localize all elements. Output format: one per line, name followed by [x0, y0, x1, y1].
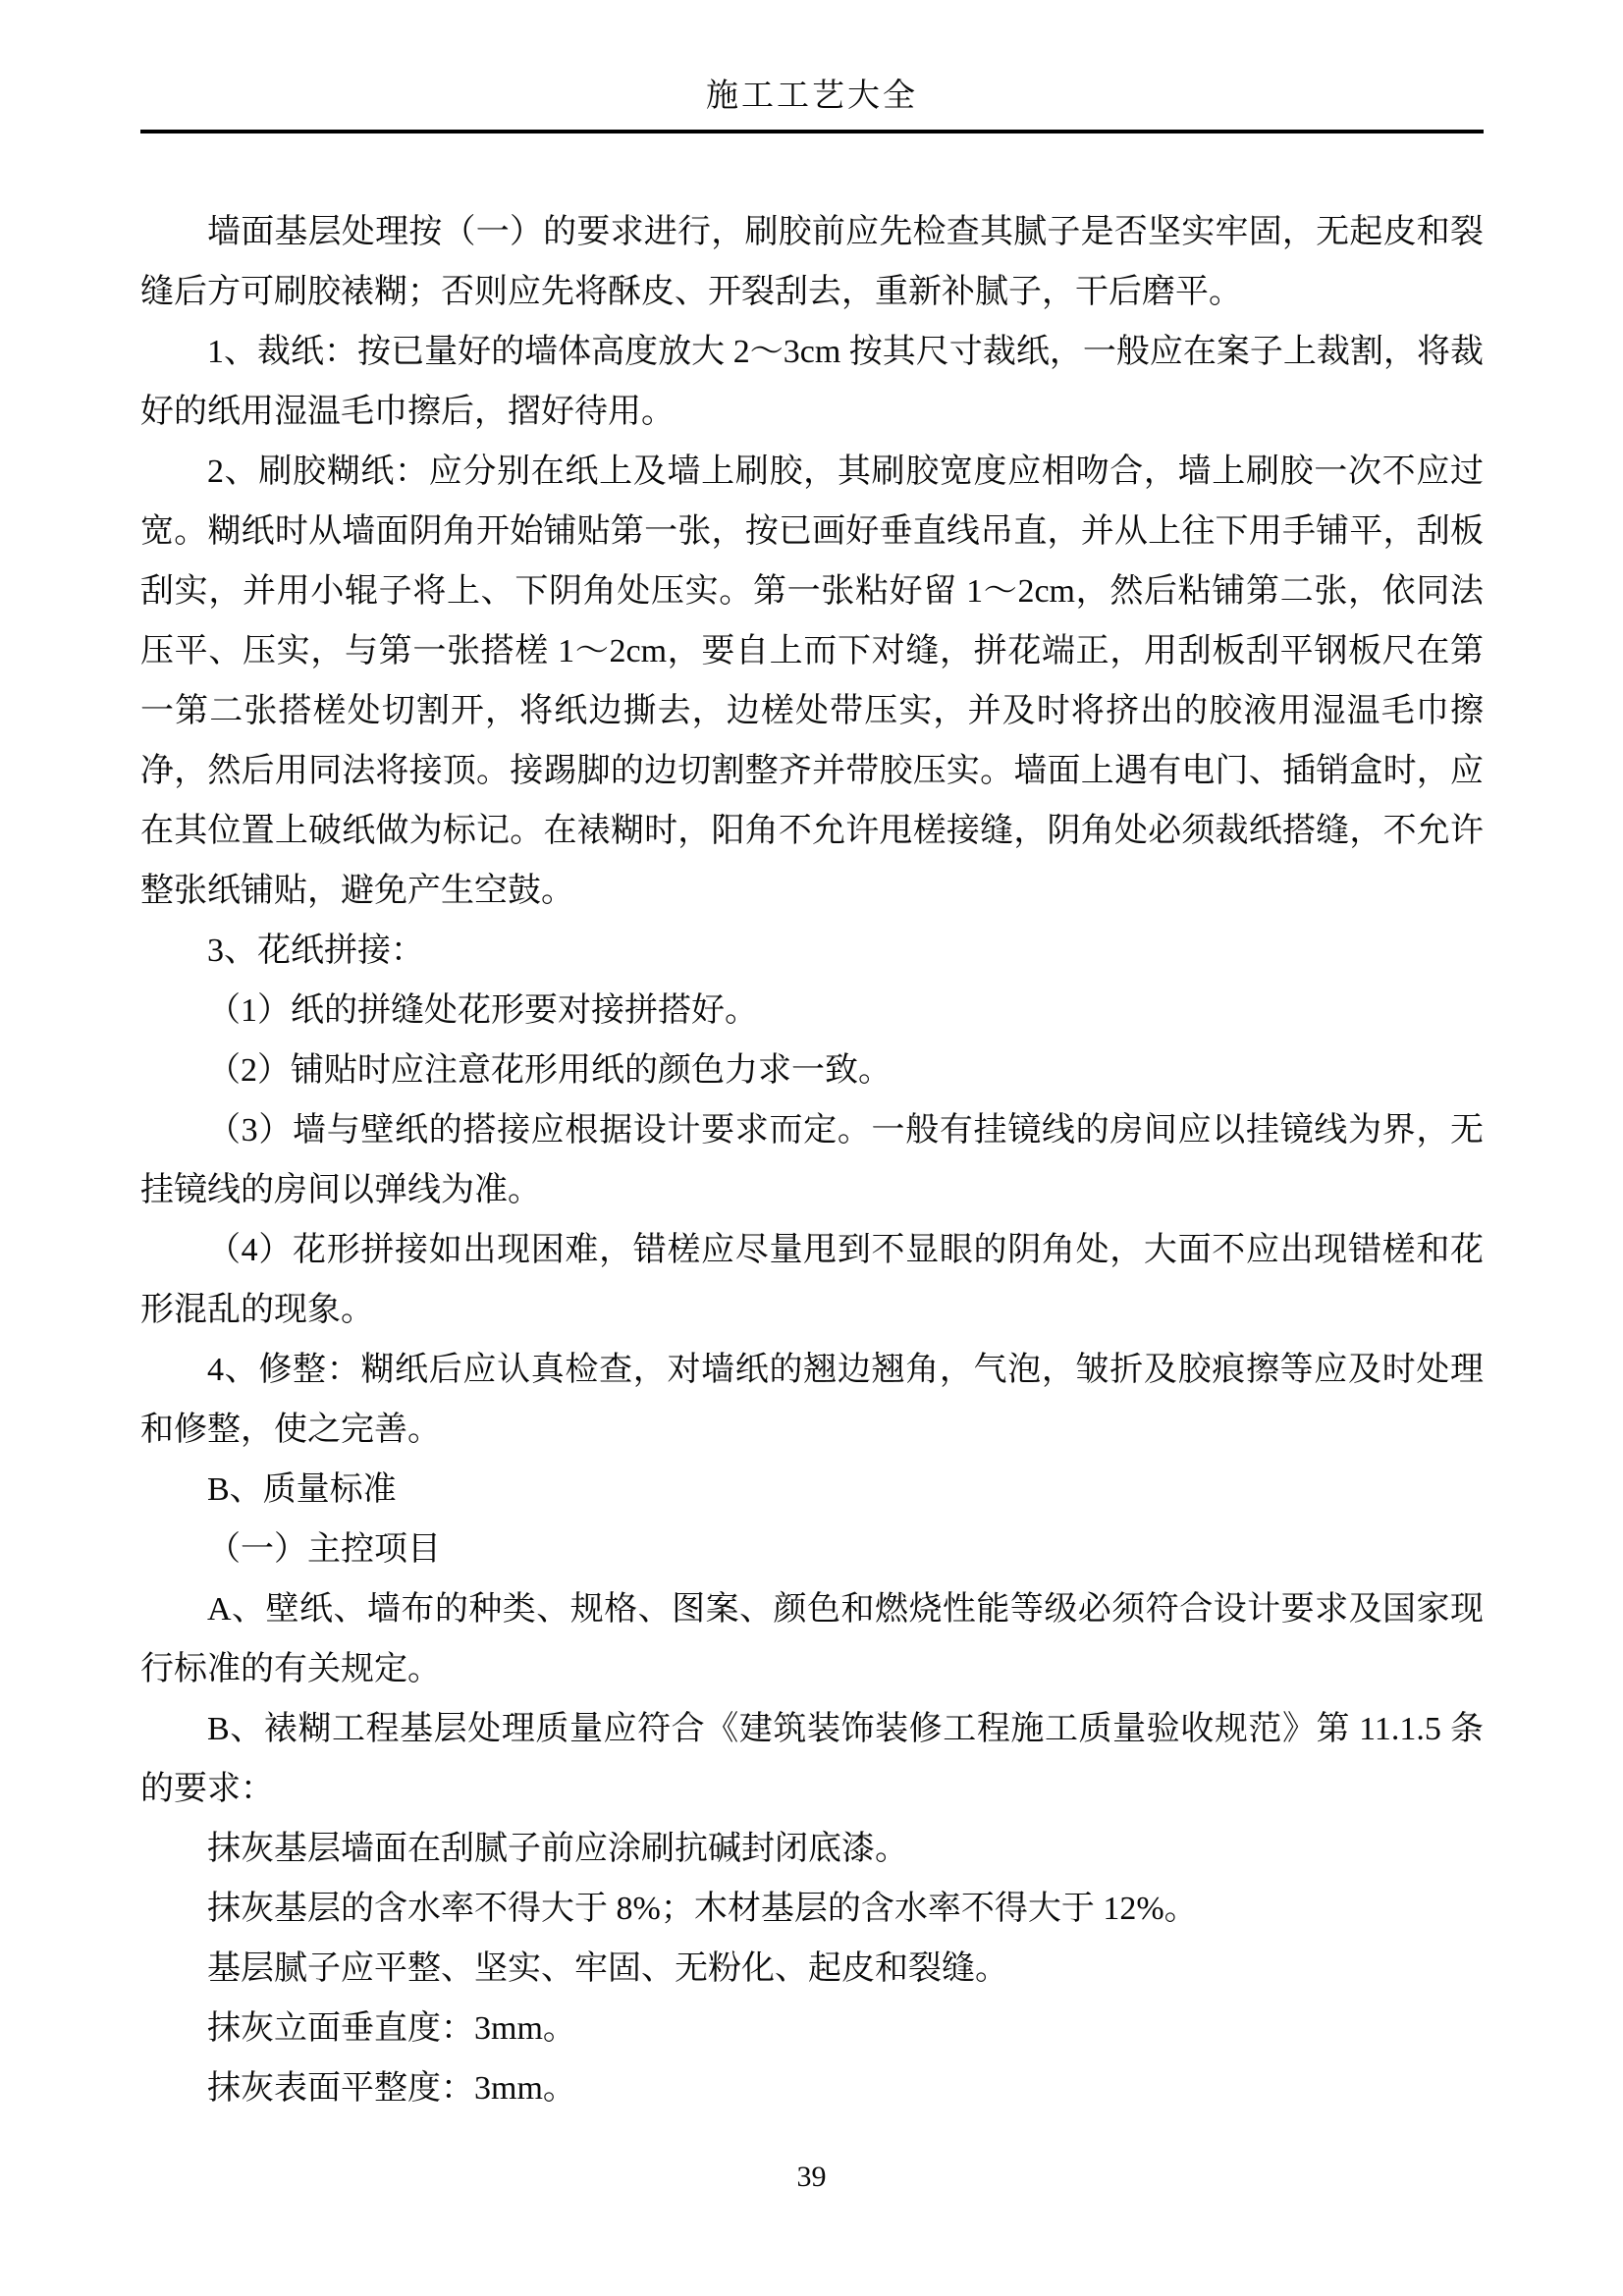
document-body: 墙面基层处理按（一）的要求进行，刷胶前应先检查其腻子是否坚实牢固，无起皮和裂缝后…: [140, 202, 1484, 2118]
page-header: 施工工艺大全: [140, 75, 1484, 133]
page-number: 39: [0, 2161, 1623, 2194]
paragraph: 抹灰基层墙面在刮腻子前应涂刷抗碱封闭底漆。: [140, 1819, 1484, 1879]
page-title: 施工工艺大全: [140, 75, 1484, 118]
paragraph: B、质量标准: [140, 1460, 1484, 1520]
paragraph: 抹灰表面平整度：3mm。: [140, 2058, 1484, 2118]
paragraph: （1）纸的拼缝处花形要对接拼搭好。: [140, 981, 1484, 1041]
paragraph: 3、花纸拼接：: [140, 921, 1484, 981]
paragraph: 1、裁纸：按已量好的墙体高度放大 2～3cm 按其尺寸裁纸，一般应在案子上裁割，…: [140, 322, 1484, 442]
paragraph: 4、修整：糊纸后应认真检查，对墙纸的翘边翘角，气泡，皱折及胶痕擦等应及时处理和修…: [140, 1340, 1484, 1460]
paragraph: （3）墙与壁纸的搭接应根据设计要求而定。一般有挂镜线的房间应以挂镜线为界，无挂镜…: [140, 1100, 1484, 1220]
header-divider: [140, 130, 1484, 133]
paragraph: 墙面基层处理按（一）的要求进行，刷胶前应先检查其腻子是否坚实牢固，无起皮和裂缝后…: [140, 202, 1484, 322]
paragraph: （2）铺贴时应注意花形用纸的颜色力求一致。: [140, 1041, 1484, 1100]
paragraph: 抹灰基层的含水率不得大于 8%；木材基层的含水率不得大于 12%。: [140, 1879, 1484, 1939]
paragraph: A、壁纸、墙布的种类、规格、图案、颜色和燃烧性能等级必须符合设计要求及国家现行标…: [140, 1579, 1484, 1699]
document-page: 施工工艺大全 墙面基层处理按（一）的要求进行，刷胶前应先检查其腻子是否坚实牢固，…: [0, 0, 1623, 2296]
paragraph: （4）花形拼接如出现困难，错槎应尽量甩到不显眼的阴角处，大面不应出现错槎和花形混…: [140, 1220, 1484, 1340]
paragraph: （一）主控项目: [140, 1520, 1484, 1579]
paragraph: 基层腻子应平整、坚实、牢固、无粉化、起皮和裂缝。: [140, 1939, 1484, 1999]
paragraph: 抹灰立面垂直度：3mm。: [140, 1999, 1484, 2058]
paragraph: 2、刷胶糊纸：应分别在纸上及墙上刷胶，其刷胶宽度应相吻合，墙上刷胶一次不应过宽。…: [140, 442, 1484, 921]
paragraph: B、裱糊工程基层处理质量应符合《建筑装饰装修工程施工质量验收规范》第 11.1.…: [140, 1699, 1484, 1819]
